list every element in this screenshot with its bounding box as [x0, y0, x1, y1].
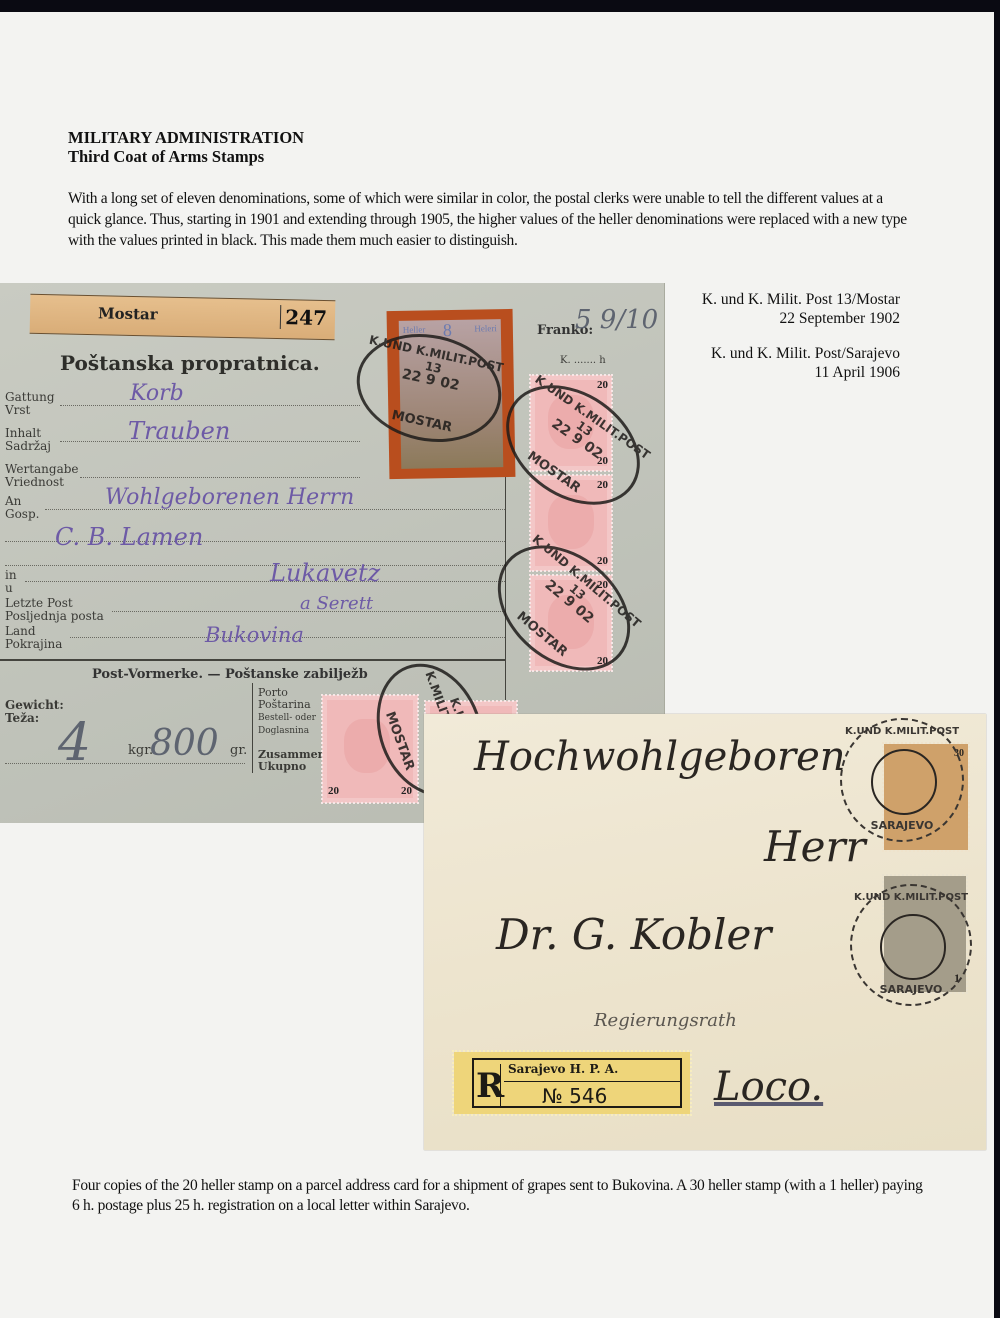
field-inhalt-value: Trauben: [128, 417, 230, 445]
field-an: AnGosp.: [5, 495, 39, 521]
field-gattung: GattungVrst: [5, 391, 55, 417]
weight-g-unit: gr.: [230, 745, 247, 757]
sarajevo-cancel-1: K.UND K.MILIT.POST SARAJEVO: [840, 718, 964, 842]
card-title: Poštanska propratnica.: [60, 351, 320, 375]
caption-mostar: K. und K. Milit. Post 13/Mostar 22 Septe…: [702, 290, 900, 328]
address-line-5: Loco.: [714, 1064, 823, 1110]
field-land-value: Bukovina: [205, 623, 304, 647]
weight-kg-value: 4: [58, 713, 91, 773]
address-line-3: Dr. G. Kobler: [496, 910, 771, 959]
registration-label: R Sarajevo H. P. A. № 546: [454, 1052, 690, 1114]
bottom-caption: Four copies of the 20 heller stamp on a …: [72, 1176, 932, 1216]
cancel-captions: K. und K. Milit. Post 13/Mostar 22 Septe…: [702, 290, 900, 398]
field-letzte-post: Letzte PostPosljednja posta: [5, 597, 104, 623]
post-notes-heading: Post-Vormerke. — Poštanske zabilježb: [92, 667, 368, 682]
field-inhalt: InhaltSadržaj: [5, 427, 51, 453]
sarajevo-cancel-2: K.UND K.MILIT.POST SARAJEVO: [850, 884, 972, 1006]
page-heading: MILITARY ADMINISTRATION Third Coat of Ar…: [68, 128, 304, 166]
field-in: inu: [5, 569, 17, 595]
weight-g-value: 800: [150, 723, 219, 764]
parcel-label: Mostar 247: [30, 294, 336, 340]
franko-handwritten: 5 9/10: [575, 305, 658, 335]
field-letzte-post-value: a Serett: [300, 593, 373, 614]
parcel-label-city: Mostar: [98, 304, 158, 323]
field-gattung-value: Korb: [130, 381, 184, 406]
page-subtitle: Third Coat of Arms Stamps: [68, 147, 304, 166]
franko-units: K. ....... h: [560, 355, 606, 367]
registered-envelope: Hochwohlgeboren Herr Dr. G. Kobler Regie…: [424, 714, 986, 1150]
fee-labels: Porto Poštarina Bestell- oder Doglasnina…: [258, 687, 326, 773]
page-title: MILITARY ADMINISTRATION: [68, 128, 304, 147]
field-wertangabe: WertangabeVriednost: [5, 463, 79, 489]
page-edge: [994, 12, 1000, 1318]
weight-label: Gewicht:Teža:: [5, 699, 64, 725]
field-in-value: Lukavetz: [270, 559, 380, 587]
field-name-value: C. B. Lamen: [55, 523, 203, 551]
field-an-value: Wohlgeborenen Herrn: [105, 485, 354, 510]
address-line-1: Hochwohlgeboren: [474, 734, 846, 780]
field-land: LandPokrajina: [5, 625, 62, 651]
address-line-4: Regierungsrath: [594, 1010, 737, 1031]
intro-paragraph: With a long set of eleven denominations,…: [68, 188, 913, 251]
registration-letter: R: [476, 1064, 501, 1108]
parcel-label-number: 247: [280, 305, 327, 330]
registration-office: Sarajevo H. P. A.: [508, 1062, 618, 1076]
caption-sarajevo: K. und K. Milit. Post/Sarajevo 11 April …: [702, 344, 900, 382]
registration-number: № 546: [542, 1084, 607, 1108]
